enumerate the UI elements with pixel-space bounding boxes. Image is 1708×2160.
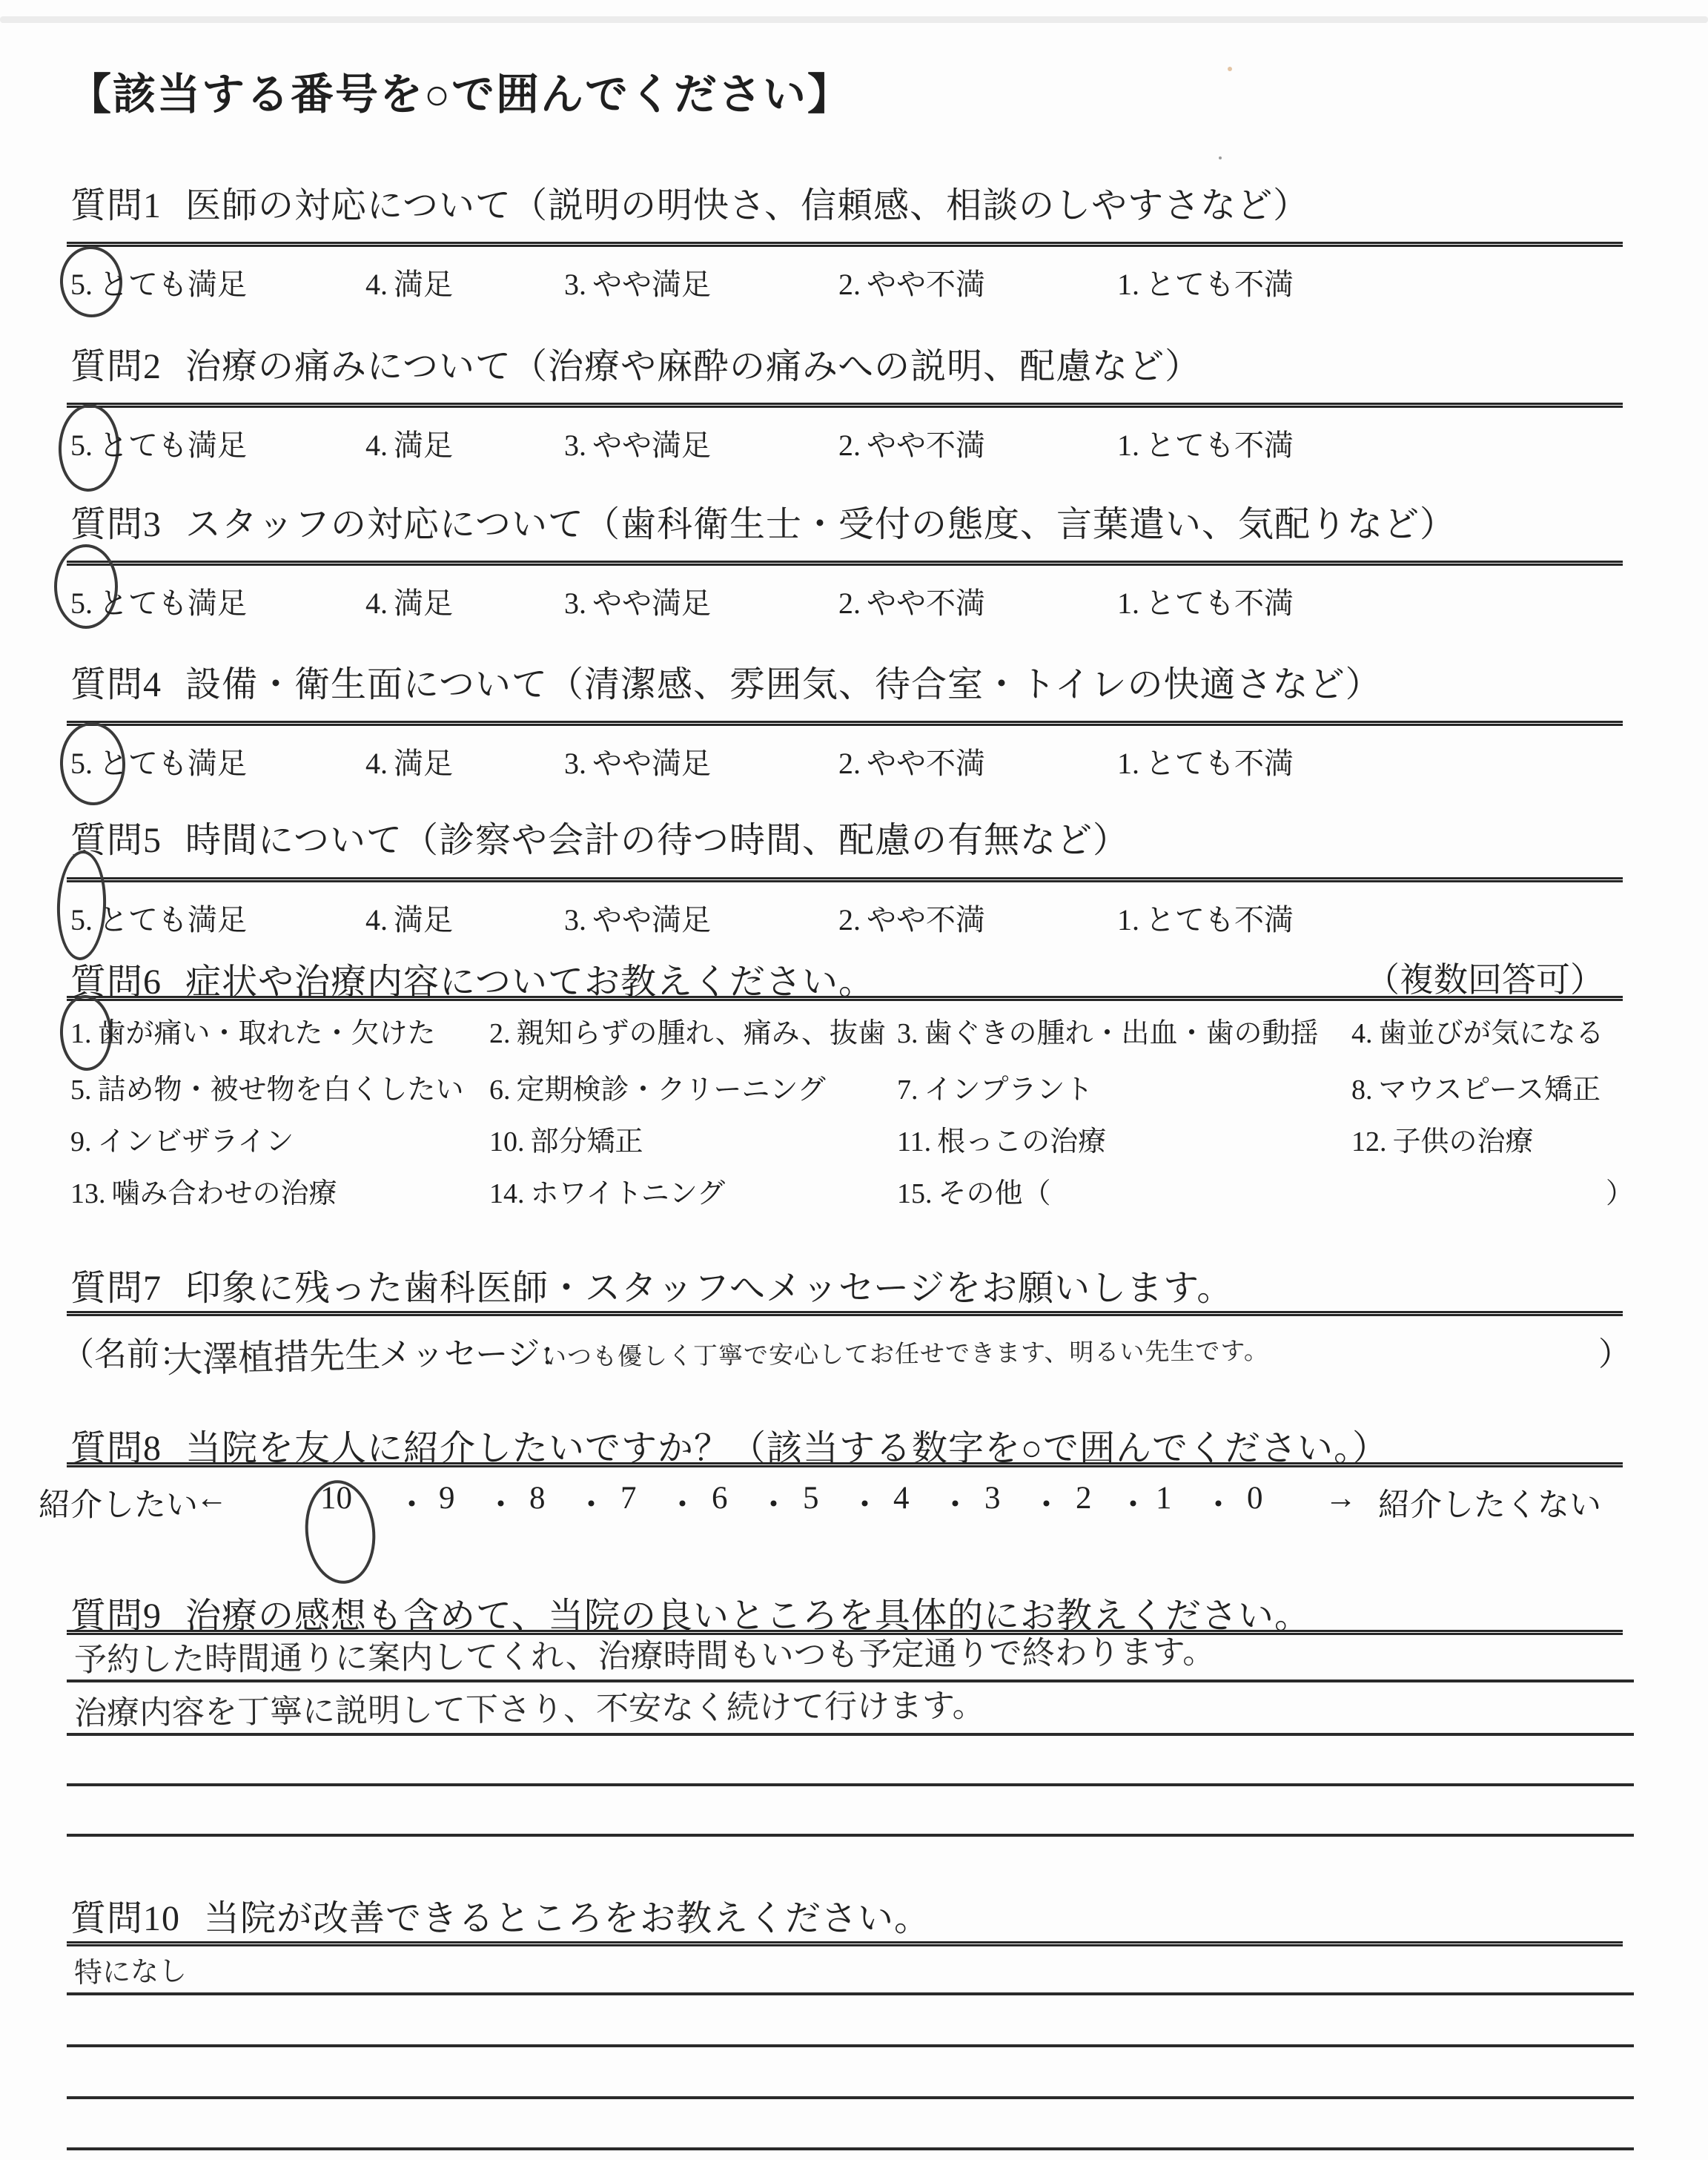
option-number: 3. [564,268,586,301]
option-somewhat-dissatisfied: 2.やや不満 [838,422,985,464]
option-label: やや不満 [867,268,985,301]
answer-line [67,1736,1634,1786]
option-label: 親知らずの腫れ、痛み、抜歯 [517,1018,887,1049]
question-6-options-row-1: 1.歯が痛い・取れた・欠けた 2.親知らずの腫れ、痛み、抜歯 3.歯ぐきの腫れ・… [70,1010,1634,1053]
scale-number-1: 1 [1156,1480,1172,1516]
option-number: 2. [838,268,861,301]
header-rule [67,996,1623,1001]
question-number: 質問10 [70,1899,180,1938]
survey-sheet: 【該当する番号を○で囲んでください】 質問1医師の対応について（説明の明快さ、信… [0,0,1708,2160]
question-number: 質問3 [70,505,162,544]
option-number: 4. [365,747,388,780]
header-rule [67,877,1623,882]
option-somewhat-satisfied: 3.やや満足 [564,896,711,939]
option-label: とても満足 [99,587,247,620]
option-somewhat-satisfied: 3.やや満足 [564,422,711,464]
symptom-option-2: 2.親知らずの腫れ、痛み、抜歯 [489,1010,886,1051]
option-label: 詰め物・被せ物を白くしたい [98,1074,464,1106]
option-satisfied: 4.満足 [365,740,453,782]
option-number: 5. [70,903,93,937]
option-number: 11. [897,1126,931,1157]
option-number: 1. [70,1018,92,1049]
option-number: 3. [564,429,586,462]
question-number: 質問4 [70,665,162,704]
recommendation-scale-row: 紹介したい ← 10 ・ 9 ・ 8 ・ 7 ・ 6 ・ 5 ・ 4 ・ 3 ・… [39,1480,1638,1532]
answer-line: 特になし [67,1946,1634,1995]
scan-speck [1219,156,1222,159]
header-rule [67,403,1623,408]
option-very-dissatisfied: 1.とても不満 [1117,580,1294,622]
option-label: やや満足 [592,268,711,301]
handwritten-message: いつも優しく丁寧で安心してお任せできます、明るい先生です。 [542,1332,1269,1373]
question-6-options-row-4: 13.噛み合わせの治療 14.ホワイトニング 15.その他（ ） [70,1170,1634,1213]
scale-separator: ・ [396,1480,428,1525]
option-label: 満足 [394,429,453,462]
option-number: 2. [838,747,861,780]
question-1-header: 質問1医師の対応について（説明の明快さ、信頼感、相談のしやすさなど） [70,176,1309,228]
form-title: 【該当する番号を○で囲んでください】 [68,59,852,122]
option-very-satisfied: 5.とても満足 [70,896,247,939]
option-number: 3. [564,747,586,780]
header-rule [67,561,1623,566]
scale-separator: ・ [939,1480,971,1525]
scale-separator: ・ [575,1480,607,1525]
question-number: 質問2 [70,347,162,386]
question-number: 質問7 [70,1269,162,1308]
handwritten-answer: 治療内容を丁寧に説明して下さり、不安なく続けて行けます。 [74,1679,985,1734]
scale-right-label: 紹介したくない [1378,1480,1601,1525]
option-satisfied: 4.満足 [365,261,453,303]
question-text: 印象に残った歯科医師・スタッフへメッセージをお願いします。 [185,1269,1233,1308]
scale-separator: ・ [666,1480,698,1525]
option-number: 7. [897,1074,918,1106]
symptom-option-14: 14.ホワイトニング [489,1170,725,1211]
option-number: 6. [489,1074,511,1106]
option-somewhat-satisfied: 3.やや満足 [564,261,711,303]
symptom-option-3: 3.歯ぐきの腫れ・出血・歯の動揺 [897,1010,1319,1051]
option-very-satisfied: 5.とても満足 [70,422,247,464]
option-label: 満足 [394,747,453,780]
option-number: 2. [838,429,861,462]
question-4-header: 質問4設備・衛生面について（清潔感、雰囲気、待合室・トイレの快適さなど） [70,655,1382,707]
option-label: 歯ぐきの腫れ・出血・歯の動揺 [924,1018,1319,1049]
scale-separator: ・ [758,1480,790,1525]
symptom-option-1: 1.歯が痛い・取れた・欠けた [70,1010,436,1051]
question-number: 質問1 [70,186,162,225]
symptom-option-8: 8.マウスピース矯正 [1351,1066,1601,1107]
option-number: 4. [365,903,388,937]
option-number: 1. [1117,903,1139,937]
option-satisfied: 4.満足 [365,896,453,939]
option-somewhat-dissatisfied: 2.やや不満 [838,261,985,303]
symptom-option-4: 4.歯並びが気になる [1351,1010,1604,1051]
option-number: 4. [365,268,388,301]
symptom-option-13: 13.噛み合わせの治療 [70,1170,337,1211]
option-very-dissatisfied: 1.とても不満 [1117,740,1294,782]
question-6-options-row-3: 9.インビザライン 10.部分矯正 11.根っこの治療 12.子供の治療 [70,1118,1634,1161]
option-label: 噛み合わせの治療 [112,1178,337,1209]
question-5-options: 5.とても満足 4.満足 3.やや満足 2.やや不満 1.とても不満 [70,896,1634,942]
option-number: 3. [564,587,586,620]
option-label: とても満足 [99,429,247,462]
option-label: 歯が痛い・取れた・欠けた [98,1018,436,1049]
option-label: とても不満 [1145,268,1294,301]
option-number: 2. [838,587,861,620]
option-number: 2. [838,903,861,937]
option-number: 1. [1117,429,1139,462]
option-very-dissatisfied: 1.とても不満 [1117,261,1294,303]
option-number: 15. [897,1178,933,1209]
option-number: 8. [1351,1074,1373,1106]
scale-number-9: 9 [439,1480,455,1516]
scale-separator: ・ [849,1480,881,1525]
question-text: スタッフの対応について（歯科衛生士・受付の態度、言葉遣い、気配りなど） [185,505,1456,544]
option-number: 5. [70,1074,92,1106]
answer-line: 予約した時間通りに案内してくれ、治療時間もいつも予定通りで終わります。 [67,1632,1634,1682]
option-very-dissatisfied: 1.とても不満 [1117,896,1294,939]
symptom-option-9: 9.インビザライン [70,1118,294,1159]
option-number: 5. [70,268,93,301]
symptom-option-5: 5.詰め物・被せ物を白くしたい [70,1066,464,1107]
option-label: とても満足 [99,268,247,301]
scale-number-7: 7 [620,1480,637,1516]
option-label: とても満足 [99,903,247,937]
scale-separator: ・ [1030,1480,1062,1525]
option-label: 満足 [394,903,453,937]
option-very-dissatisfied: 1.とても不満 [1117,422,1294,464]
scale-left-label: 紹介したい [39,1480,198,1525]
option-label: 部分矯正 [531,1126,643,1157]
option-number: 4. [365,587,388,620]
option-somewhat-dissatisfied: 2.やや不満 [838,896,985,939]
option-number: 5. [70,587,93,620]
header-rule [67,1311,1623,1316]
option-very-satisfied: 5.とても満足 [70,261,247,303]
question-text: 設備・衛生面について（清潔感、雰囲気、待合室・トイレの快適さなど） [185,665,1382,704]
option-very-satisfied: 5.とても満足 [70,580,247,622]
option-label: 子供の治療 [1393,1126,1534,1157]
scan-speck [1228,67,1232,71]
option-number: 14. [489,1178,525,1209]
option-label: やや不満 [867,587,985,620]
header-rule [67,1462,1623,1467]
handwritten-answer: 予約した時間通りに案内してくれ、治療時間もいつも予定通りで終わります。 [74,1625,1216,1681]
option-number: 9. [70,1126,92,1157]
right-arrow-icon: → [1325,1480,1357,1516]
option-satisfied: 4.満足 [365,422,453,464]
answer-circle-q8 [300,1476,380,1587]
option-number: 3. [564,903,586,937]
option-label: やや満足 [592,429,711,462]
option-number: 10. [489,1126,525,1157]
header-rule [67,242,1623,247]
symptom-option-10: 10.部分矯正 [489,1118,643,1159]
symptom-option-11: 11.根っこの治療 [897,1118,1106,1159]
question-6-options-row-2: 5.詰め物・被せ物を白くしたい 6.定期検診・クリーニング 7.インプラント 8… [70,1066,1634,1109]
option-label: マウスピース矯正 [1379,1074,1601,1106]
option-somewhat-dissatisfied: 2.やや不満 [838,580,985,622]
left-arrow-icon: ← [196,1480,228,1516]
question-text: 治療の痛みについて（治療や麻酔の痛みへの説明、配慮など） [185,347,1201,386]
question-3-header: 質問3スタッフの対応について（歯科衛生士・受付の態度、言葉遣い、気配りなど） [70,495,1456,546]
option-number: 3. [897,1018,918,1049]
scale-number-0: 0 [1247,1480,1263,1516]
scale-number-2: 2 [1076,1480,1092,1516]
question-1-options: 5.とても満足 4.満足 3.やや満足 2.やや不満 1.とても不満 [70,261,1634,307]
option-somewhat-satisfied: 3.やや満足 [564,740,711,782]
option-label: やや満足 [592,903,711,937]
header-rule [67,1941,1623,1946]
answer-line [67,1998,1634,2047]
scale-separator: ・ [1117,1480,1149,1525]
question-7-header: 質問7印象に残った歯科医師・スタッフへメッセージをお願いします。 [70,1259,1233,1310]
option-label: とても不満 [1145,747,1294,780]
option-label: その他（ [939,1178,1051,1209]
close-paren: ） [1598,1327,1631,1375]
question-5-header: 質問5時間について（診察や会計の待つ時間、配慮の有無など） [70,811,1129,862]
option-label: インビザライン [98,1126,294,1157]
option-label: とても不満 [1145,903,1294,937]
option-label: 歯並びが気になる [1379,1018,1604,1049]
option-label: やや満足 [592,587,711,620]
option-label: やや不満 [867,903,985,937]
option-label: 満足 [394,587,453,620]
question-text: 医師の対応について（説明の明快さ、信頼感、相談のしやすさなど） [185,186,1309,225]
option-label: インプラント [924,1074,1093,1106]
option-somewhat-satisfied: 3.やや満足 [564,580,711,622]
scale-number-3: 3 [984,1480,1001,1516]
option-label: ホワイトニング [531,1178,726,1209]
option-label: とても不満 [1145,587,1294,620]
option-number: 4. [1351,1018,1373,1049]
option-very-satisfied: 5.とても満足 [70,740,247,782]
question-4-options: 5.とても満足 4.満足 3.やや満足 2.やや不満 1.とても不満 [70,740,1634,786]
option-label: 満足 [394,268,453,301]
other-close-paren: ） [1606,1170,1634,1211]
question-text: 時間について（診察や会計の待つ時間、配慮の有無など） [185,821,1129,860]
option-number: 1. [1117,587,1139,620]
option-number: 5. [70,429,93,462]
question-7-answer-row: （名前： 大澤植措先生 メッセージ： いつも優しく丁寧で安心してお任せできます、… [62,1327,1638,1416]
handwritten-answer: 特になし [74,1948,188,1991]
scale-number-8: 8 [529,1480,546,1516]
question-10-header: 質問10当院が改善できるところをお教えください。 [70,1889,930,1941]
scale-number-4: 4 [893,1480,910,1516]
option-number: 1. [1117,747,1139,780]
multiple-answers-note: （複数回答可） [1366,953,1604,1002]
option-label: 根っこの治療 [937,1126,1106,1157]
question-2-options: 5.とても満足 4.満足 3.やや満足 2.やや不満 1.とても不満 [70,422,1634,468]
symptom-option-12: 12.子供の治療 [1351,1118,1534,1159]
option-label: やや不満 [867,429,985,462]
question-2-header: 質問2治療の痛みについて（治療や麻酔の痛みへの説明、配慮など） [70,337,1201,389]
scale-separator: ・ [1202,1480,1234,1525]
question-text: 当院が改善できるところをお教えください。 [204,1899,930,1938]
scale-separator: ・ [485,1480,517,1525]
header-rule [67,721,1623,726]
symptom-option-15: 15.その他（ [897,1170,1051,1211]
option-number: 13. [70,1178,106,1209]
option-number: 12. [1351,1126,1387,1157]
scale-number-10: 10 [320,1480,352,1516]
symptom-option-7: 7.インプラント [897,1066,1093,1107]
option-satisfied: 4.満足 [365,580,453,622]
option-number: 1. [1117,268,1139,301]
option-label: やや不満 [867,747,985,780]
scan-artifact-band [0,16,1708,23]
option-label: とても満足 [99,747,247,780]
option-number: 5. [70,747,93,780]
option-label: 定期検診・クリーニング [517,1074,826,1106]
scale-number-5: 5 [803,1480,819,1516]
answer-line [67,2101,1634,2150]
scale-number-6: 6 [712,1480,728,1516]
option-somewhat-dissatisfied: 2.やや不満 [838,740,985,782]
option-label: とても不満 [1145,429,1294,462]
handwritten-doctor-name: 大澤植措先生 [166,1326,381,1383]
option-number: 4. [365,429,388,462]
question-3-options: 5.とても満足 4.満足 3.やや満足 2.やや不満 1.とても不満 [70,580,1634,626]
answer-line [67,2050,1634,2099]
symptom-option-6: 6.定期検診・クリーニング [489,1066,826,1107]
option-label: やや満足 [592,747,711,780]
answer-line: 治療内容を丁寧に説明して下さり、不安なく続けて行けます。 [67,1685,1634,1736]
option-number: 2. [489,1018,511,1049]
answer-line [67,1786,1634,1837]
